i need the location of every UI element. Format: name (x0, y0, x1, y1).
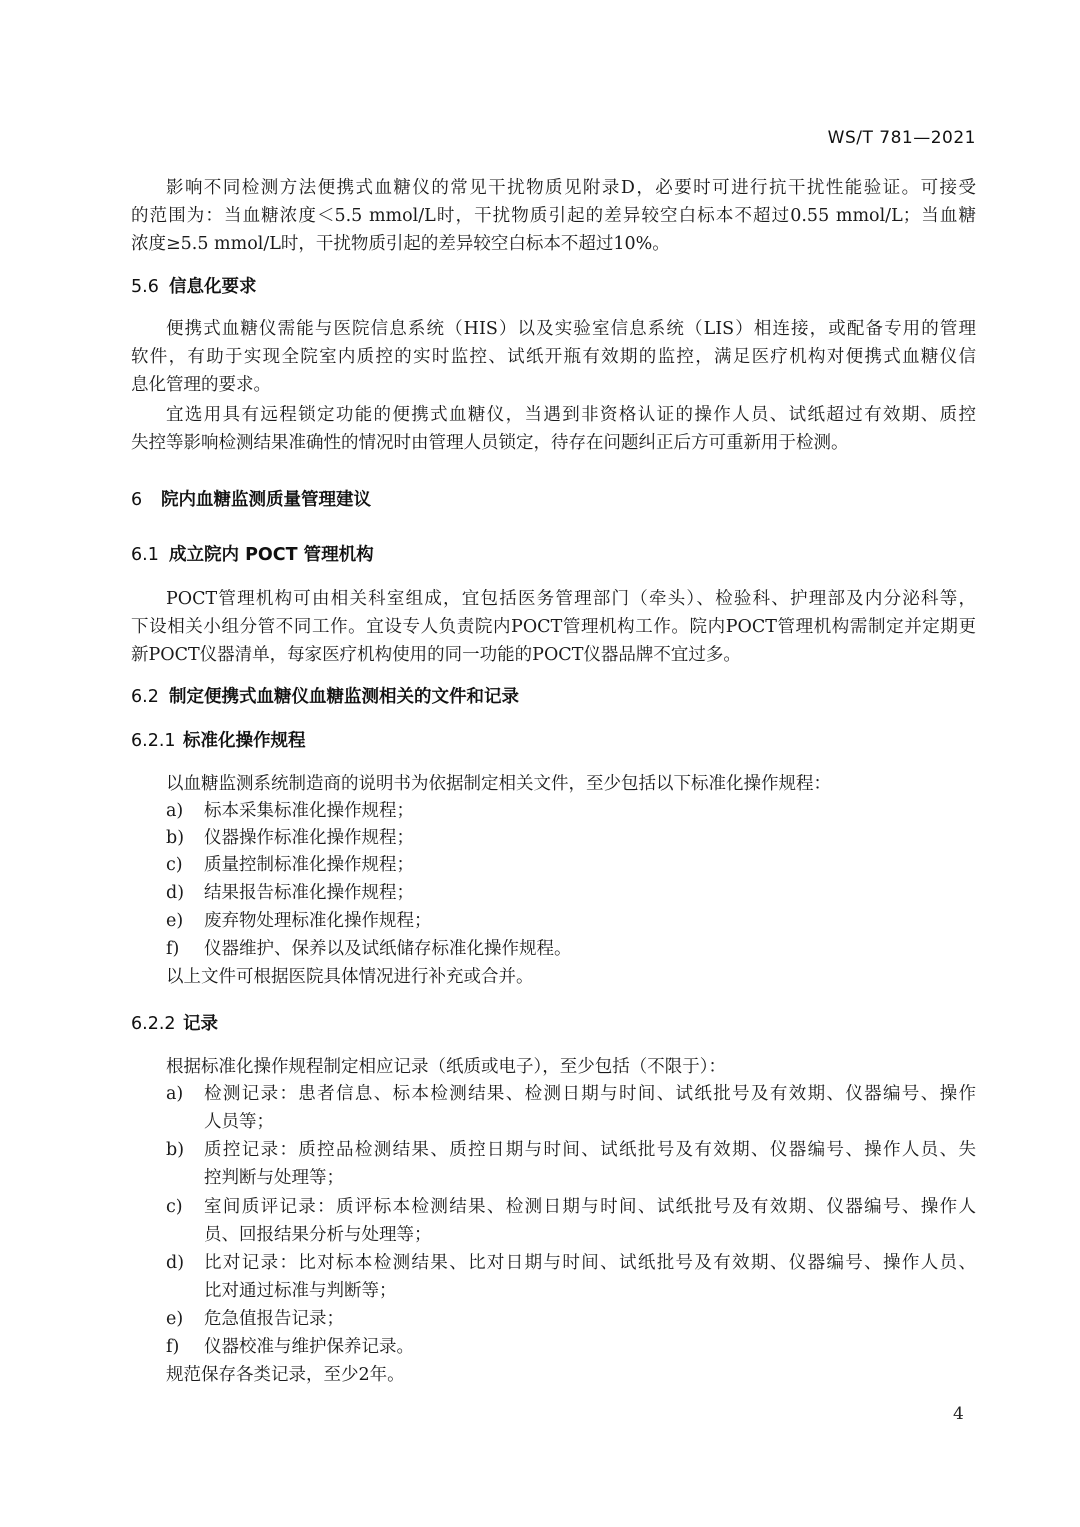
section-heading-5-6: 5.6信息化要求 (131, 273, 257, 301)
standard-id-header: WS/T 781—2021 (828, 128, 976, 148)
paragraph-line: 根据标准化操作规程制定相应记录（纸质或电子），至少包括（不限于）： (166, 1053, 726, 1081)
list-text: 仪器校准与维护保养记录。 (204, 1337, 414, 1357)
section-number: 6.2.2 (131, 1010, 183, 1038)
paragraph-line: 软件，有助于实现全院室内质控的实时监控、试纸开瓶有效期的监控，满足医疗机构对便携… (131, 343, 976, 371)
list-item: d)比对记录：比对标本检测结果、比对日期与时间、试纸批号及有效期、仪器编号、操作… (166, 1249, 976, 1277)
list-label: d) (166, 1249, 204, 1277)
paragraph-line: 影响不同检测方法便携式血糖仪的常见干扰物质见附录D，必要时可进行抗干扰性能验证。… (166, 174, 976, 202)
section-number: 6.1 (131, 541, 169, 569)
paragraph-line: 的范围为：当血糖浓度＜5.5 mmol/L时，干扰物质引起的差异较空白标本不超过… (131, 202, 976, 230)
list-label: c) (166, 1193, 204, 1221)
section-number: 5.6 (131, 273, 169, 301)
list-item: a)检测记录：患者信息、标本检测结果、检测日期与时间、试纸批号及有效期、仪器编号… (166, 1080, 976, 1108)
list-item: d)结果报告标准化操作规程； (166, 879, 414, 907)
list-label: f) (166, 1333, 204, 1361)
paragraph-line: 便携式血糖仪需能与医院信息系统（HIS）以及实验室信息系统（LIS）相连接，或配… (166, 315, 976, 343)
section-title: 标准化操作规程 (183, 731, 306, 751)
list-label: b) (166, 824, 204, 852)
list-item: b)质控记录：质控品检测结果、质控日期与时间、试纸批号及有效期、仪器编号、操作人… (166, 1136, 976, 1164)
list-label: b) (166, 1136, 204, 1164)
list-text: 仪器操作标准化操作规程； (204, 828, 414, 848)
section-heading-6-1: 6.1成立院内 POCT 管理机构 (131, 541, 374, 569)
paragraph-line: 下设相关小组分管不同工作。宜设专人负责院内POCT管理机构工作。院内POCT管理… (131, 613, 976, 641)
list-text: 仪器维护、保养以及试纸储存标准化操作规程。 (204, 939, 572, 959)
list-text: 检测记录：患者信息、标本检测结果、检测日期与时间、试纸批号及有效期、仪器编号、操… (204, 1080, 976, 1108)
list-text: 质控记录：质控品检测结果、质控日期与时间、试纸批号及有效期、仪器编号、操作人员、… (204, 1136, 976, 1164)
list-item-continuation: 人员等； (204, 1108, 274, 1136)
section-title: 院内血糖监测质量管理建议 (161, 490, 371, 510)
section-title: 记录 (183, 1014, 218, 1034)
list-label: f) (166, 935, 204, 963)
list-text: 室间质评记录：质评标本检测结果、检测日期与时间、试纸批号及有效期、仪器编号、操作… (204, 1193, 976, 1221)
list-item: e)废弃物处理标准化操作规程； (166, 907, 432, 935)
section-number: 6 (131, 486, 161, 514)
section-title: 成立院内 POCT 管理机构 (169, 545, 374, 565)
section-heading-6-2-1: 6.2.1标准化操作规程 (131, 727, 306, 755)
section-number: 6.2 (131, 683, 169, 711)
list-item: c)质量控制标准化操作规程； (166, 851, 414, 879)
list-label: c) (166, 851, 204, 879)
paragraph-line: 规范保存各类记录，至少2年。 (166, 1361, 405, 1389)
section-heading-6-2-2: 6.2.2记录 (131, 1010, 218, 1038)
list-item: f)仪器维护、保养以及试纸储存标准化操作规程。 (166, 935, 572, 963)
list-item: b)仪器操作标准化操作规程； (166, 824, 414, 852)
page-number: 4 (953, 1404, 964, 1424)
list-label: e) (166, 1305, 204, 1333)
list-item-continuation: 员、回报结果分析与处理等； (204, 1221, 432, 1249)
section-title: 信息化要求 (169, 277, 257, 297)
list-item-continuation: 控判断与处理等； (204, 1164, 344, 1192)
list-item: f)仪器校准与维护保养记录。 (166, 1333, 414, 1361)
list-text: 质量控制标准化操作规程； (204, 855, 414, 875)
paragraph-line: 以血糖监测系统制造商的说明书为依据制定相关文件，至少包括以下标准化操作规程： (166, 770, 831, 798)
document-page: WS/T 781—2021 影响不同检测方法便携式血糖仪的常见干扰物质见附录D，… (0, 0, 1080, 1527)
list-item: e)危急值报告记录； (166, 1305, 344, 1333)
list-label: a) (166, 797, 204, 825)
section-title: 制定便携式血糖仪血糖监测相关的文件和记录 (169, 687, 519, 707)
section-heading-6: 6院内血糖监测质量管理建议 (131, 486, 371, 514)
section-heading-6-2: 6.2制定便携式血糖仪血糖监测相关的文件和记录 (131, 683, 519, 711)
list-item: c)室间质评记录：质评标本检测结果、检测日期与时间、试纸批号及有效期、仪器编号、… (166, 1193, 976, 1221)
paragraph-line: POCT管理机构可由相关科室组成，宜包括医务管理部门（牵头）、检验科、护理部及内… (166, 585, 976, 613)
list-label: e) (166, 907, 204, 935)
list-text: 标本采集标准化操作规程； (204, 801, 414, 821)
list-label: d) (166, 879, 204, 907)
paragraph-line: 息化管理的要求。 (131, 371, 271, 399)
paragraph-line: 浓度≥5.5 mmol/L时，干扰物质引起的差异较空白标本不超过10%。 (131, 230, 670, 258)
paragraph-line: 新POCT仪器清单，每家医疗机构使用的同一功能的POCT仪器品牌不宜过多。 (131, 641, 741, 669)
list-item: a)标本采集标准化操作规程； (166, 797, 414, 825)
list-item-continuation: 比对通过标准与判断等； (204, 1277, 397, 1305)
list-text: 比对记录：比对标本检测结果、比对日期与时间、试纸批号及有效期、仪器编号、操作人员… (204, 1249, 976, 1277)
list-text: 结果报告标准化操作规程； (204, 883, 414, 903)
list-text: 废弃物处理标准化操作规程； (204, 911, 432, 931)
paragraph-line: 以上文件可根据医院具体情况进行补充或合并。 (166, 963, 534, 991)
list-text: 危急值报告记录； (204, 1309, 344, 1329)
list-label: a) (166, 1080, 204, 1108)
paragraph-line: 宜选用具有远程锁定功能的便携式血糖仪，当遇到非资格认证的操作人员、试纸超过有效期… (166, 401, 976, 429)
section-number: 6.2.1 (131, 727, 183, 755)
paragraph-line: 失控等影响检测结果准确性的情况时由管理人员锁定，待存在问题纠正后方可重新用于检测… (131, 429, 849, 457)
